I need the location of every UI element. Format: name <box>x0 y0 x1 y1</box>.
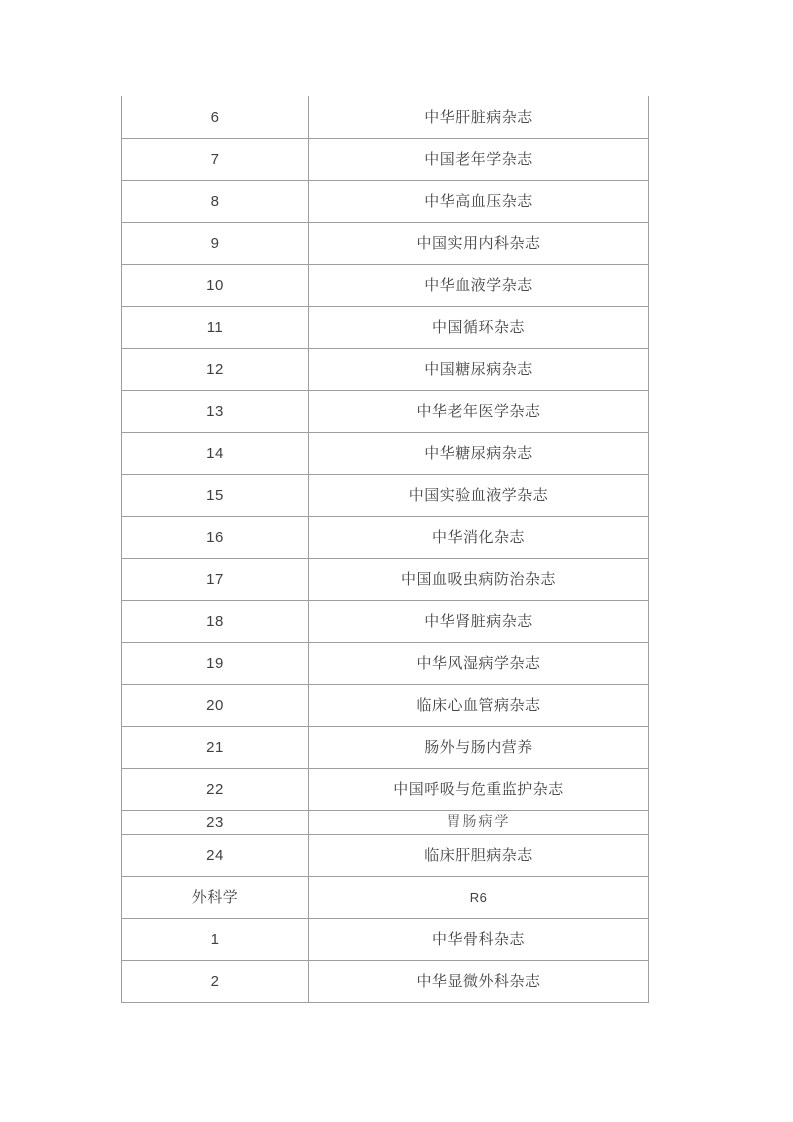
journal-name-cell: 中华显微外科杂志 <box>308 961 648 1002</box>
row-number-cell: 23 <box>121 811 308 834</box>
table-row: 18中华肾脏病杂志 <box>121 600 648 642</box>
table-row: 10中华血液学杂志 <box>121 264 648 306</box>
table-row: 13中华老年医学杂志 <box>121 390 648 432</box>
row-number-cell: 17 <box>121 559 308 600</box>
row-number-cell: 11 <box>121 307 308 348</box>
row-number-cell: 15 <box>121 475 308 516</box>
document-page: 6中华肝脏病杂志7中国老年学杂志8中华高血压杂志9中国实用内科杂志10中华血液学… <box>0 0 793 1122</box>
journal-name-cell: 中国老年学杂志 <box>308 139 648 180</box>
table-row: 23胃肠病学 <box>121 810 648 834</box>
row-number-cell: 外科学 <box>121 877 308 918</box>
journal-name-cell: 中国血吸虫病防治杂志 <box>308 559 648 600</box>
row-number-cell: 22 <box>121 769 308 810</box>
row-number-cell: 9 <box>121 223 308 264</box>
row-number-cell: 16 <box>121 517 308 558</box>
journal-name-cell: 中华肝脏病杂志 <box>308 96 648 138</box>
journal-name-cell: 中国循环杂志 <box>308 307 648 348</box>
table-row: 14中华糖尿病杂志 <box>121 432 648 474</box>
row-number-cell: 13 <box>121 391 308 432</box>
journal-name-cell: 中华老年医学杂志 <box>308 391 648 432</box>
row-number-cell: 6 <box>121 96 308 138</box>
journal-name-cell: 中华消化杂志 <box>308 517 648 558</box>
journal-name-cell: 中国实验血液学杂志 <box>308 475 648 516</box>
row-number-cell: 18 <box>121 601 308 642</box>
journal-name-cell: 胃肠病学 <box>308 811 648 834</box>
journal-name-cell: 中华风湿病学杂志 <box>308 643 648 684</box>
row-number-cell: 1 <box>121 919 308 960</box>
table-row: 9中国实用内科杂志 <box>121 222 648 264</box>
journal-name-cell: R6 <box>308 877 648 918</box>
journal-name-cell: 临床心血管病杂志 <box>308 685 648 726</box>
table-row: 12中国糖尿病杂志 <box>121 348 648 390</box>
row-number-cell: 14 <box>121 433 308 474</box>
table-row: 6中华肝脏病杂志 <box>121 96 648 138</box>
table-row: 17中国血吸虫病防治杂志 <box>121 558 648 600</box>
row-number-cell: 21 <box>121 727 308 768</box>
table-row: 11中国循环杂志 <box>121 306 648 348</box>
journal-name-cell: 中华骨科杂志 <box>308 919 648 960</box>
table-row: 7中国老年学杂志 <box>121 138 648 180</box>
table-row: 22中国呼吸与危重监护杂志 <box>121 768 648 810</box>
row-number-cell: 8 <box>121 181 308 222</box>
table-row: 15中国实验血液学杂志 <box>121 474 648 516</box>
table-row: 8中华高血压杂志 <box>121 180 648 222</box>
row-number-cell: 7 <box>121 139 308 180</box>
row-number-cell: 12 <box>121 349 308 390</box>
journal-name-cell: 中华高血压杂志 <box>308 181 648 222</box>
row-number-cell: 2 <box>121 961 308 1002</box>
journal-name-cell: 中华血液学杂志 <box>308 265 648 306</box>
table-row: 21肠外与肠内营养 <box>121 726 648 768</box>
journal-name-cell: 中华肾脏病杂志 <box>308 601 648 642</box>
table-row: 20临床心血管病杂志 <box>121 684 648 726</box>
table-row: 19中华风湿病学杂志 <box>121 642 648 684</box>
journal-table: 6中华肝脏病杂志7中国老年学杂志8中华高血压杂志9中国实用内科杂志10中华血液学… <box>121 96 649 1003</box>
journal-name-cell: 中国实用内科杂志 <box>308 223 648 264</box>
journal-name-cell: 中华糖尿病杂志 <box>308 433 648 474</box>
row-number-cell: 20 <box>121 685 308 726</box>
row-number-cell: 24 <box>121 835 308 876</box>
row-number-cell: 10 <box>121 265 308 306</box>
table-row: 24临床肝胆病杂志 <box>121 834 648 876</box>
journal-name-cell: 肠外与肠内营养 <box>308 727 648 768</box>
journal-name-cell: 中国糖尿病杂志 <box>308 349 648 390</box>
table-row: 2中华显微外科杂志 <box>121 960 648 1002</box>
table-row: 外科学R6 <box>121 876 648 918</box>
table-row: 1中华骨科杂志 <box>121 918 648 960</box>
journal-name-cell: 临床肝胆病杂志 <box>308 835 648 876</box>
journal-name-cell: 中国呼吸与危重监护杂志 <box>308 769 648 810</box>
row-number-cell: 19 <box>121 643 308 684</box>
table-row: 16中华消化杂志 <box>121 516 648 558</box>
